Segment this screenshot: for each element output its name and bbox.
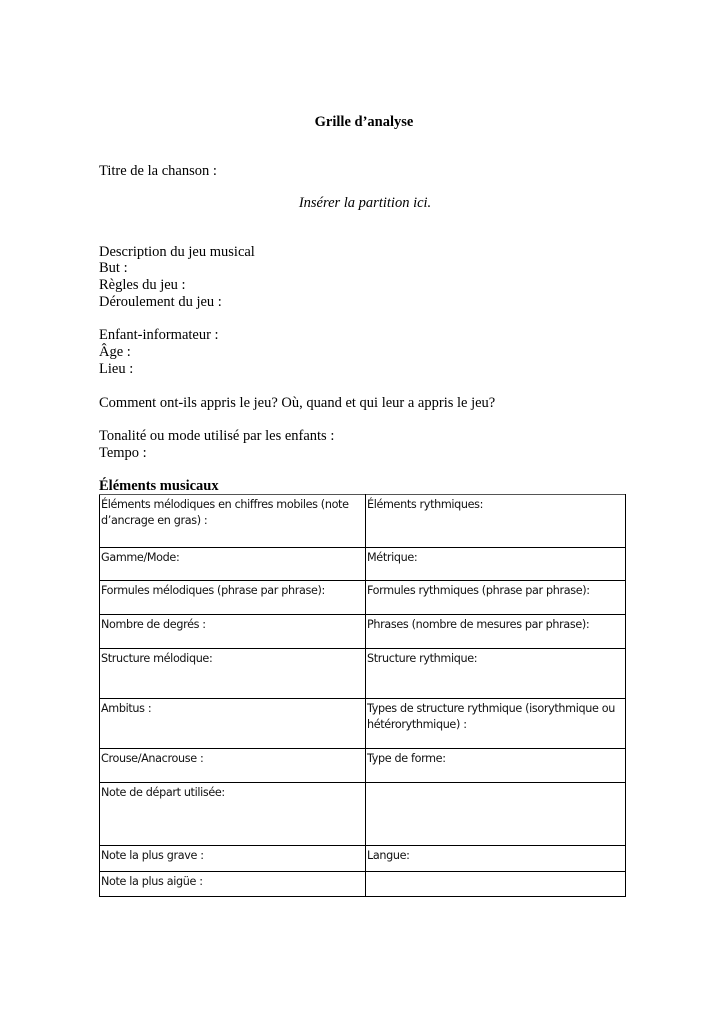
place-label: Lieu : <box>99 361 133 378</box>
table-row: Structure mélodique:Structure rythmique: <box>100 649 626 699</box>
progress-label: Déroulement du jeu : <box>99 294 222 311</box>
rhythmic-field-cell[interactable]: Formules rythmiques (phrase par phrase): <box>366 581 626 615</box>
tempo-label: Tempo : <box>99 445 147 462</box>
song-title-label: Titre de la chanson : <box>99 163 217 180</box>
melodic-field-cell[interactable]: Note la plus aigüe : <box>100 872 366 897</box>
table-row: Ambitus :Types de structure rythmique (i… <box>100 699 626 749</box>
melodic-field-cell[interactable]: Éléments mélodiques en chiffres mobiles … <box>100 495 366 548</box>
melodic-field-cell[interactable]: Ambitus : <box>100 699 366 749</box>
rhythmic-field-cell[interactable] <box>366 872 626 897</box>
musical-elements-heading: Éléments musicaux <box>99 478 219 495</box>
document-title: Grille d’analyse <box>0 114 724 131</box>
table-row: Gamme/Mode:Métrique: <box>100 548 626 581</box>
table-row: Nombre de degrés :Phrases (nombre de mes… <box>100 615 626 649</box>
melodic-field-cell[interactable]: Crouse/Anacrouse : <box>100 749 366 783</box>
rhythmic-field-cell[interactable] <box>366 783 626 846</box>
rhythmic-field-cell[interactable]: Types de structure rythmique (isorythmiq… <box>366 699 626 749</box>
score-placeholder: Insérer la partition ici. <box>0 195 724 212</box>
rhythmic-field-cell[interactable]: Type de forme: <box>366 749 626 783</box>
learning-question: Comment ont-ils appris le jeu? Où, quand… <box>99 395 495 412</box>
informant-label: Enfant-informateur : <box>99 327 219 344</box>
table-row: Formules mélodiques (phrase par phrase):… <box>100 581 626 615</box>
melodic-field-cell[interactable]: Gamme/Mode: <box>100 548 366 581</box>
rhythmic-field-cell[interactable]: Métrique: <box>366 548 626 581</box>
melodic-field-cell[interactable]: Note la plus grave : <box>100 846 366 872</box>
table-row: Note la plus aigüe : <box>100 872 626 897</box>
table-row: Note la plus grave :Langue: <box>100 846 626 872</box>
musical-elements-table: Éléments mélodiques en chiffres mobiles … <box>99 494 626 897</box>
rules-label: Règles du jeu : <box>99 277 186 294</box>
melodic-field-cell[interactable]: Structure mélodique: <box>100 649 366 699</box>
rhythmic-field-cell[interactable]: Éléments rythmiques: <box>366 495 626 548</box>
melodic-field-cell[interactable]: Note de départ utilisée: <box>100 783 366 846</box>
rhythmic-field-cell[interactable]: Structure rythmique: <box>366 649 626 699</box>
table-row: Éléments mélodiques en chiffres mobiles … <box>100 495 626 548</box>
melodic-field-cell[interactable]: Nombre de degrés : <box>100 615 366 649</box>
table-row: Crouse/Anacrouse :Type de forme: <box>100 749 626 783</box>
rhythmic-field-cell[interactable]: Phrases (nombre de mesures par phrase): <box>366 615 626 649</box>
tonality-label: Tonalité ou mode utilisé par les enfants… <box>99 428 334 445</box>
goal-label: But : <box>99 260 128 277</box>
melodic-field-cell[interactable]: Formules mélodiques (phrase par phrase): <box>100 581 366 615</box>
table-row: Note de départ utilisée: <box>100 783 626 846</box>
age-label: Âge : <box>99 344 131 361</box>
rhythmic-field-cell[interactable]: Langue: <box>366 846 626 872</box>
game-description-heading: Description du jeu musical <box>99 244 255 261</box>
